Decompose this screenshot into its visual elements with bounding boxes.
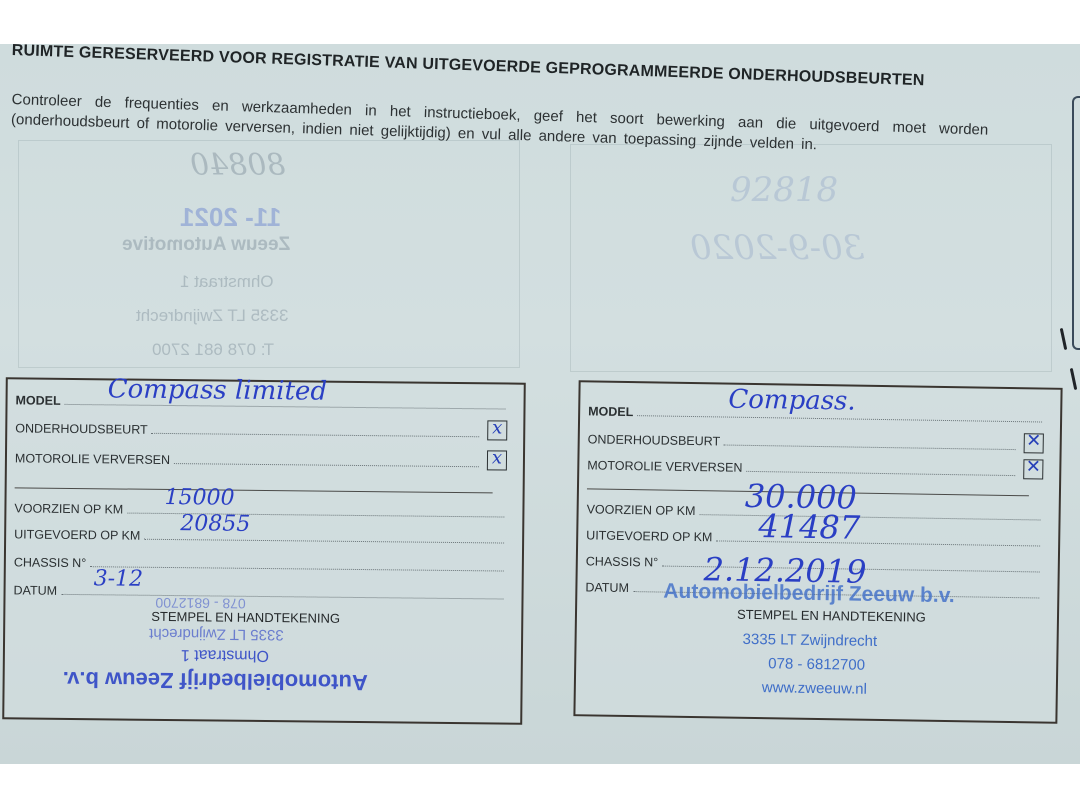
service-row: ONDERHOUDSBEURT x: [15, 417, 507, 440]
oil-change-label: MOTOROLIE VERVERSEN: [587, 458, 742, 474]
date-value: 3-12: [94, 566, 144, 592]
oil-change-checkbox[interactable]: x: [487, 450, 507, 470]
ghost-handwritten-date: 11- 2021: [180, 202, 281, 233]
ghost-stamp-line-4: T: 078 681 2700: [152, 340, 274, 360]
page-heading: RUIMTE GERESERVEERD VOOR REGISTRATIE VAN…: [11, 44, 1051, 94]
service-checkbox[interactable]: ✕: [1024, 433, 1044, 453]
oil-change-row: MOTOROLIE VERVERSEN ✕: [587, 454, 1043, 479]
service-checkbox[interactable]: x: [487, 420, 507, 440]
stamp-city: 3335 LT Zwijndrecht: [149, 625, 284, 643]
stamp-signature-label: STEMPEL EN HANDTEKENING: [151, 609, 340, 626]
model-value: Compass limited: [108, 374, 328, 406]
date-label: DATUM: [14, 583, 58, 597]
planned-km-row: VOORZIEN OP KM: [14, 497, 506, 520]
stamp-signature-label: STEMPEL EN HANDTEKENING: [737, 607, 926, 625]
planned-km-value: 15000: [164, 485, 234, 511]
stamp-company: Automobielbedrijf Zeeuw b.v.: [663, 580, 955, 609]
performed-km-row: UITGEVOERD OP KM: [14, 523, 506, 546]
stamp-company: Automobielbedrijf Zeeuw b.v.: [63, 666, 368, 695]
divider: [15, 487, 493, 493]
oil-change-checkbox[interactable]: ✕: [1023, 459, 1043, 479]
date-row: DATUM: [14, 579, 506, 602]
background-margin: [0, 764, 1080, 810]
chassis-row: CHASSIS N°: [14, 551, 506, 574]
ghost-stamp-line-1: Zeeuw Automotive: [122, 234, 290, 256]
ghost-right-number: 92818: [730, 170, 838, 210]
oil-change-label: MOTOROLIE VERVERSEN: [15, 451, 170, 467]
model-label: MODEL: [15, 393, 60, 407]
service-label: ONDERHOUDSBEURT: [15, 421, 148, 436]
planned-km-label: VOORZIEN OP KM: [587, 502, 696, 518]
stamp-city: 3335 LT Zwijndrecht: [742, 631, 877, 650]
service-entry-1: MODEL Compass limited ONDERHOUDSBEURT x …: [2, 377, 526, 724]
performed-km-label: UITGEVOERD OP KM: [14, 527, 140, 542]
ghost-handwritten-number: 80840: [190, 148, 285, 183]
ghost-stamp-line-2: Ohmstraat 1: [180, 272, 274, 292]
planned-km-label: VOORZIEN OP KM: [14, 501, 123, 516]
service-entry-2: MODEL Compass. ONDERHOUDSBEURT ✕ MOTOROL…: [573, 380, 1062, 724]
stamp-street: Ohmstraat 1: [181, 645, 269, 664]
service-row: ONDERHOUDSBEURT ✕: [588, 428, 1044, 453]
service-label: ONDERHOUDSBEURT: [588, 432, 721, 448]
stamp-website: www.zweeuw.nl: [762, 679, 867, 698]
model-value: Compass.: [728, 385, 856, 417]
ghost-right-date: 30-9-2020: [690, 228, 864, 268]
stamp-phone: 078 - 6812700: [155, 595, 245, 612]
date-label: DATUM: [585, 580, 629, 595]
staple: [1070, 368, 1078, 390]
binder-tab: [1072, 96, 1080, 350]
stamp-phone: 078 - 6812700: [768, 655, 865, 674]
maintenance-booklet-page: RUIMTE GERESERVEERD VOOR REGISTRATIE VAN…: [0, 44, 1080, 764]
ghost-stamp-line-3: 3335 LT Zwijndrecht: [136, 306, 288, 326]
staple: [1060, 328, 1068, 350]
oil-change-row: MOTOROLIE VERVERSEN x: [15, 447, 507, 470]
performed-km-value: 20855: [180, 511, 250, 537]
model-label: MODEL: [588, 404, 633, 419]
chassis-label: CHASSIS N°: [14, 555, 87, 570]
chassis-label: CHASSIS N°: [586, 554, 659, 569]
performed-km-label: UITGEVOERD OP KM: [586, 528, 712, 544]
performed-km-value: 41487: [758, 507, 860, 547]
